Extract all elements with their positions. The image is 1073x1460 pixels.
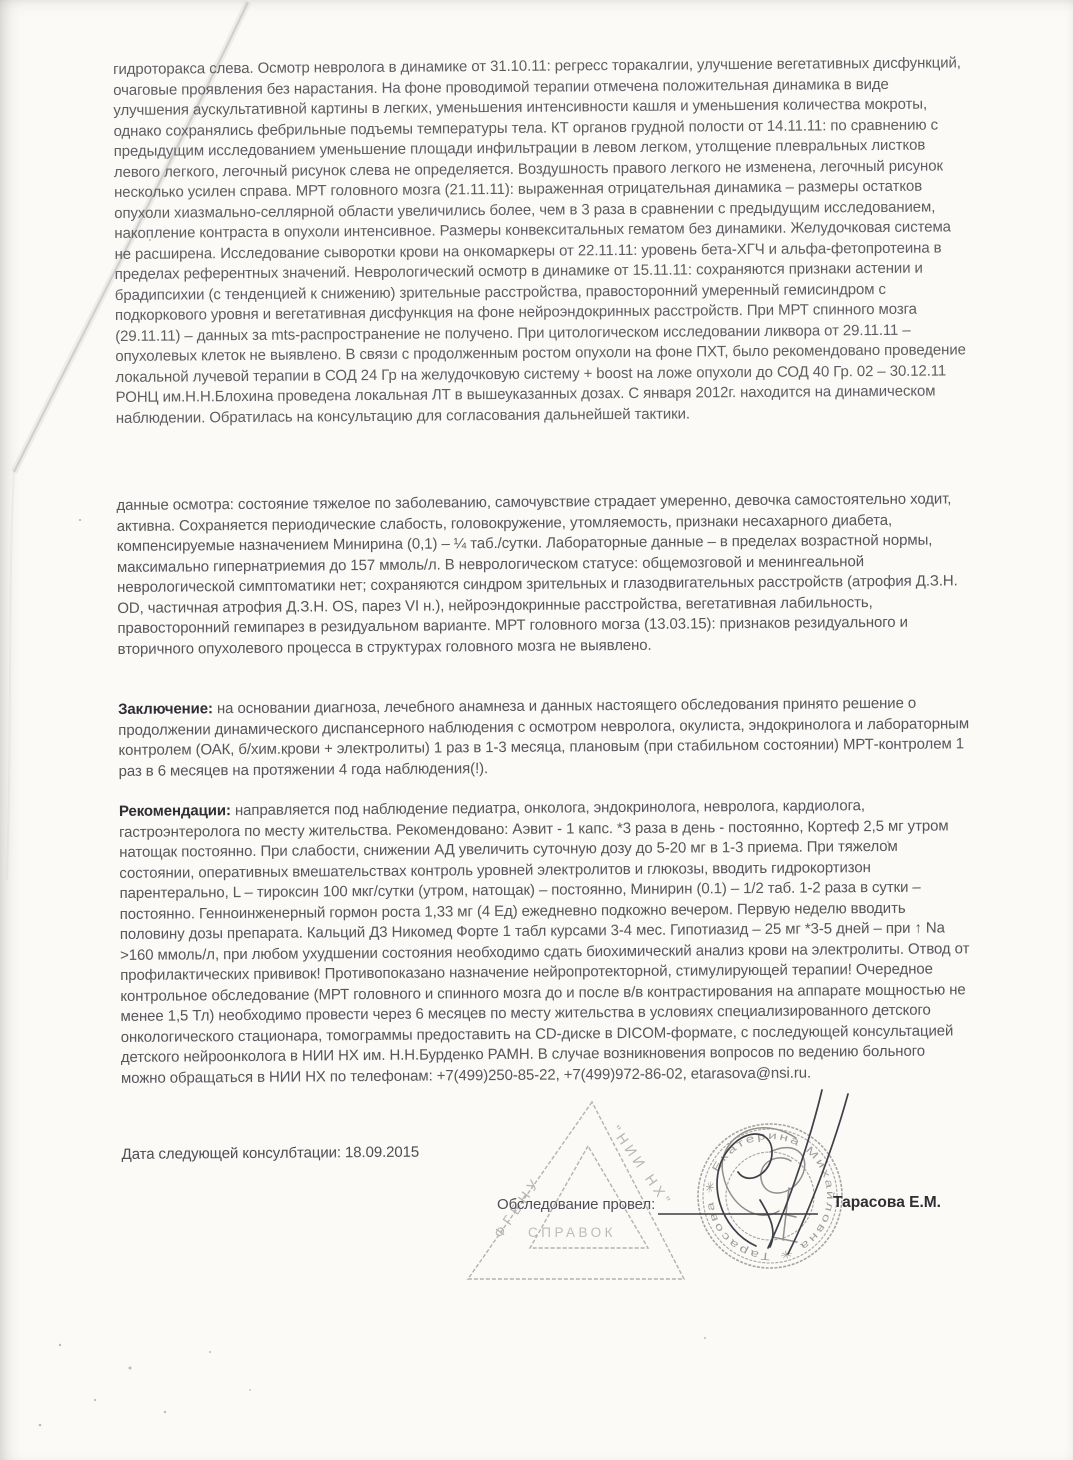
examiner-row: Обследование провел: Тарасова Е.М. [0, 0, 1073, 1460]
scanned-document-page: ФГБНУ "НИИ НХ" СПРАВОК ✳ Екатерина Михай… [0, 0, 1073, 1460]
examiner-name: Тарасова Е.М. [833, 1194, 941, 1212]
examiner-label: Обследование провел: [497, 1196, 655, 1213]
